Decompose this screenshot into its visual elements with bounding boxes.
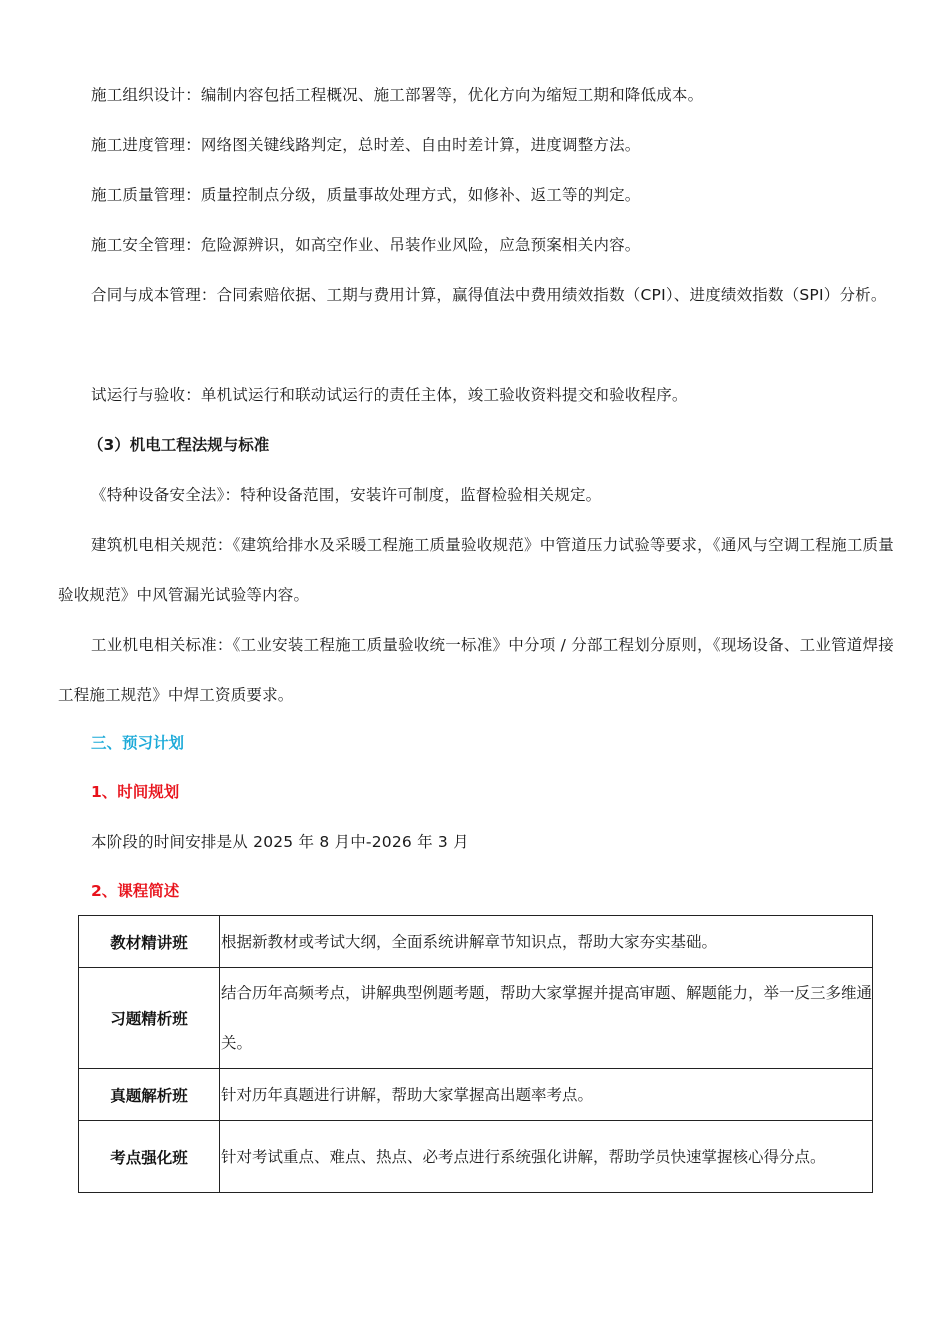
paragraph-quality-management: 施工质量管理：质量控制点分级，质量事故处理方式，如修补、返工等的判定。 xyxy=(58,170,894,220)
paragraph-construction-design: 施工组织设计：编制内容包括工程概况、施工部署等，优化方向为缩短工期和降低成本。 xyxy=(58,70,894,120)
paragraph-building-standards: 建筑机电相关规范：《建筑给排水及采暖工程施工质量验收规范》中管道压力试验等要求，… xyxy=(58,520,894,620)
paragraph-commissioning: 试运行与验收：单机试运行和联动试运行的责任主体，竣工验收资料提交和验收程序。 xyxy=(58,370,894,420)
course-name: 习题精析班 xyxy=(79,968,220,1069)
subsection-heading-regulations: （3）机电工程法规与标准 xyxy=(58,420,269,470)
paragraph-safety-management: 施工安全管理：危险源辨识，如高空作业、吊装作业风险，应急预案相关内容。 xyxy=(58,220,894,270)
course-desc: 针对考试重点、难点、热点、必考点进行系统强化讲解，帮助学员快速掌握核心得分点。 xyxy=(220,1121,873,1193)
paragraph-schedule-management: 施工进度管理：网络图关键线路判定，总时差、自由时差计算，进度调整方法。 xyxy=(58,120,894,170)
course-desc: 针对历年真题进行讲解，帮助大家掌握高出题率考点。 xyxy=(220,1069,873,1121)
course-name: 考点强化班 xyxy=(79,1121,220,1193)
table-row: 教材精讲班 根据新教材或考试大纲，全面系统讲解章节知识点，帮助大家夯实基础。 xyxy=(79,916,873,968)
document-page: 施工组织设计：编制内容包括工程概况、施工部署等，优化方向为缩短工期和降低成本。 … xyxy=(0,0,950,1344)
paragraph-contract-cost: 合同与成本管理：合同索赔依据、工期与费用计算，赢得值法中费用绩效指数（CPI）、… xyxy=(58,270,894,320)
heading-time-plan: 1、时间规划 xyxy=(58,767,179,817)
course-name: 真题解析班 xyxy=(79,1069,220,1121)
paragraph-special-equipment-law: 《特种设备安全法》：特种设备范围，安装许可制度，监督检验相关规定。 xyxy=(58,470,894,520)
course-desc: 根据新教材或考试大纲，全面系统讲解章节知识点，帮助大家夯实基础。 xyxy=(220,916,873,968)
heading-course-overview: 2、课程简述 xyxy=(58,866,179,916)
paragraph-time-plan: 本阶段的时间安排是从 2025 年 8 月中-2026 年 3 月 xyxy=(58,817,894,867)
table-row: 考点强化班 针对考试重点、难点、热点、必考点进行系统强化讲解，帮助学员快速掌握核… xyxy=(79,1121,873,1193)
table-row: 习题精析班 结合历年高频考点，讲解典型例题考题，帮助大家掌握并提高审题、解题能力… xyxy=(79,968,873,1069)
table-row: 真题解析班 针对历年真题进行讲解，帮助大家掌握高出题率考点。 xyxy=(79,1069,873,1121)
section-heading-study-plan: 三、预习计划 xyxy=(58,718,184,768)
course-table: 教材精讲班 根据新教材或考试大纲，全面系统讲解章节知识点，帮助大家夯实基础。 习… xyxy=(78,915,873,1193)
paragraph-industrial-standards: 工业机电相关标准：《工业安装工程施工质量验收统一标准》中分项 / 分部工程划分原… xyxy=(58,620,894,720)
course-desc: 结合历年高频考点，讲解典型例题考题，帮助大家掌握并提高审题、解题能力，举一反三多… xyxy=(220,968,873,1069)
course-name: 教材精讲班 xyxy=(79,916,220,968)
